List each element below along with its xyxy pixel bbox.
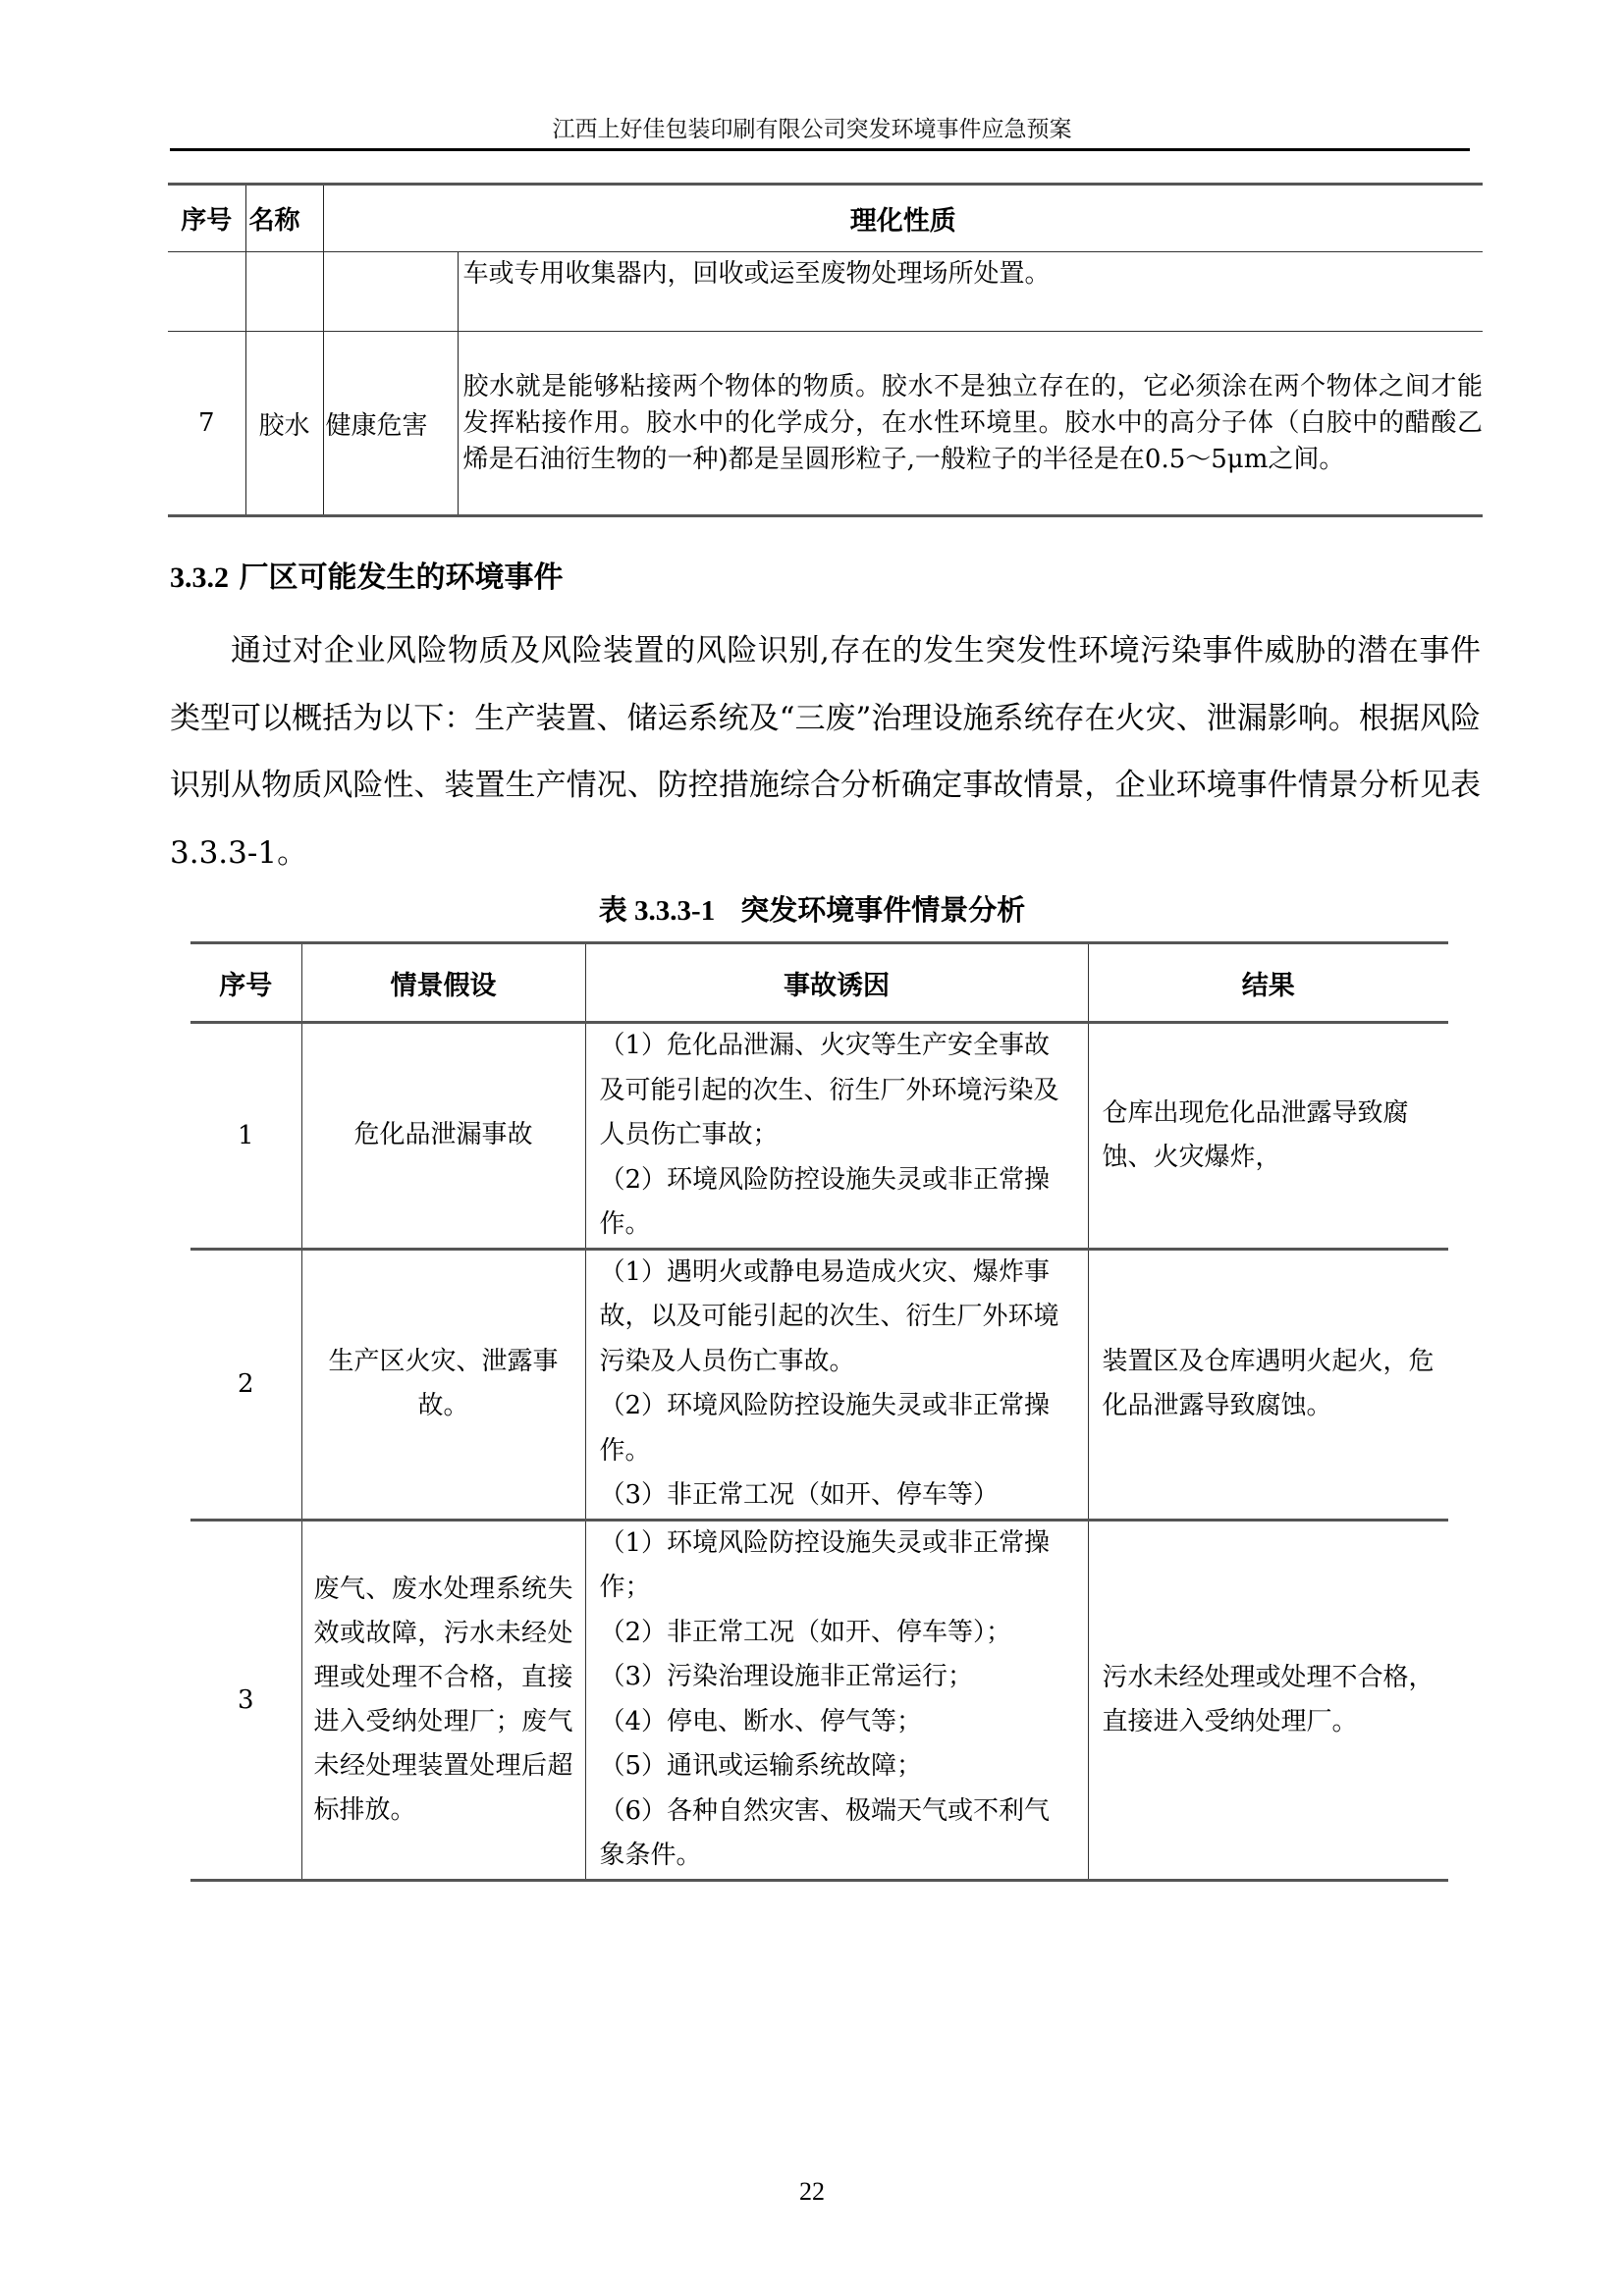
cause-item: （5）通讯或运输系统故障； bbox=[600, 1744, 1074, 1789]
page-number: 22 bbox=[0, 2177, 1624, 2207]
column-header-index: 序号 bbox=[190, 943, 301, 1023]
row-scenario: 废气、废水处理系统失效或故障，污水未经处理或处理不合格，直接进入受纳处理厂；废气… bbox=[301, 1520, 585, 1880]
row-causes: （1）危化品泄漏、火灾等生产安全事故及可能引起的次生、衍生厂外环境污染及人员伤亡… bbox=[585, 1023, 1088, 1250]
body-paragraph: 通过对企业风险物质及风险装置的风险识别,存在的发生突发性环境污染事件威胁的潜在事… bbox=[170, 617, 1481, 886]
table-row: 车或专用收集器内，回收或运至废物处理场所处置。 bbox=[168, 252, 1483, 332]
cause-item: （1）环境风险防控设施失灵或非正常操作； bbox=[600, 1522, 1074, 1611]
column-header-index: 序号 bbox=[168, 185, 245, 252]
cause-item: （2）环境风险防控设施失灵或非正常操作。 bbox=[600, 1158, 1074, 1248]
properties-table: 序号 名称 理化性质 车或专用收集器内，回收或运至废物处理场所处置。 7 胶水 … bbox=[168, 183, 1483, 517]
row-result: 污水未经处理或处理不合格，直接进入受纳处理厂。 bbox=[1088, 1520, 1448, 1880]
row-index: 1 bbox=[190, 1023, 301, 1250]
table-header-row: 序号 名称 理化性质 bbox=[168, 185, 1483, 252]
row-index: 2 bbox=[190, 1249, 301, 1520]
row-causes: （1）遇明火或静电易造成火灾、爆炸事故，以及可能引起的次生、衍生厂外环境污染及人… bbox=[585, 1249, 1088, 1520]
table-row: 2 生产区火灾、泄露事故。 （1）遇明火或静电易造成火灾、爆炸事故，以及可能引起… bbox=[190, 1249, 1448, 1520]
row-name bbox=[245, 252, 323, 332]
row-scenario: 危化品泄漏事故 bbox=[301, 1023, 585, 1250]
column-header-properties: 理化性质 bbox=[323, 185, 1483, 252]
table-row: 7 胶水 健康危害 胶水就是能够粘接两个物体的物质。胶水不是独立存在的，它必须涂… bbox=[168, 332, 1483, 516]
row-category bbox=[323, 252, 458, 332]
row-result: 装置区及仓库遇明火起火，危化品泄露导致腐蚀。 bbox=[1088, 1249, 1448, 1520]
table-caption-title: 突发环境事件情景分析 bbox=[740, 893, 1025, 927]
row-scenario: 生产区火灾、泄露事故。 bbox=[301, 1249, 585, 1520]
row-index: 3 bbox=[190, 1520, 301, 1880]
column-header-scenario: 情景假设 bbox=[301, 943, 585, 1023]
section-number: 3.3.2 bbox=[170, 561, 229, 594]
row-result: 仓库出现危化品泄露导致腐蚀、火灾爆炸， bbox=[1088, 1023, 1448, 1250]
column-header-causes: 事故诱因 bbox=[585, 943, 1088, 1023]
row-index bbox=[168, 252, 245, 332]
cause-item: （4）停电、断水、停气等； bbox=[600, 1700, 1074, 1745]
section-title: 厂区可能发生的环境事件 bbox=[239, 561, 563, 595]
cause-item: （1）遇明火或静电易造成火灾、爆炸事故，以及可能引起的次生、衍生厂外环境污染及人… bbox=[600, 1251, 1074, 1385]
table-caption: 表 3.3.3-1突发环境事件情景分析 bbox=[0, 888, 1624, 929]
row-causes: （1）环境风险防控设施失灵或非正常操作； （2）非正常工况（如开、停车等）； （… bbox=[585, 1520, 1088, 1880]
document-header-title: 江西上好佳包装印刷有限公司突发环境事件应急预案 bbox=[0, 116, 1624, 143]
cause-item: （3）污染治理设施非正常运行； bbox=[600, 1655, 1074, 1700]
row-category: 健康危害 bbox=[323, 332, 458, 516]
column-header-name: 名称 bbox=[245, 185, 323, 252]
cause-item: （1）危化品泄漏、火灾等生产安全事故及可能引起的次生、衍生厂外环境污染及人员伤亡… bbox=[600, 1024, 1074, 1158]
column-header-result: 结果 bbox=[1088, 943, 1448, 1023]
cause-item: （2）环境风险防控设施失灵或非正常操作。 bbox=[600, 1384, 1074, 1473]
row-description: 胶水就是能够粘接两个物体的物质。胶水不是独立存在的，它必须涂在两个物体之间才能发… bbox=[458, 332, 1483, 516]
row-description: 车或专用收集器内，回收或运至废物处理场所处置。 bbox=[458, 252, 1483, 332]
table-caption-number: 表 3.3.3-1 bbox=[599, 895, 715, 927]
cause-item: （2）非正常工况（如开、停车等）； bbox=[600, 1611, 1074, 1656]
section-heading: 3.3.2 厂区可能发生的环境事件 bbox=[170, 553, 563, 596]
header-divider bbox=[170, 148, 1470, 151]
table-row: 1 危化品泄漏事故 （1）危化品泄漏、火灾等生产安全事故及可能引起的次生、衍生厂… bbox=[190, 1023, 1448, 1250]
row-name: 胶水 bbox=[245, 332, 323, 516]
cause-item: （6）各种自然灾害、极端天气或不利气象条件。 bbox=[600, 1789, 1074, 1879]
scenario-analysis-table: 序号 情景假设 事故诱因 结果 1 危化品泄漏事故 （1）危化品泄漏、火灾等生产… bbox=[190, 941, 1448, 1882]
cause-item: （3）非正常工况（如开、停车等） bbox=[600, 1473, 1074, 1519]
paragraph-text: 通过对企业风险物质及风险装置的风险识别,存在的发生突发性环境污染事件威胁的潜在事… bbox=[170, 617, 1481, 886]
row-index: 7 bbox=[168, 332, 245, 516]
table-header-row: 序号 情景假设 事故诱因 结果 bbox=[190, 943, 1448, 1023]
table-row: 3 废气、废水处理系统失效或故障，污水未经处理或处理不合格，直接进入受纳处理厂；… bbox=[190, 1520, 1448, 1880]
